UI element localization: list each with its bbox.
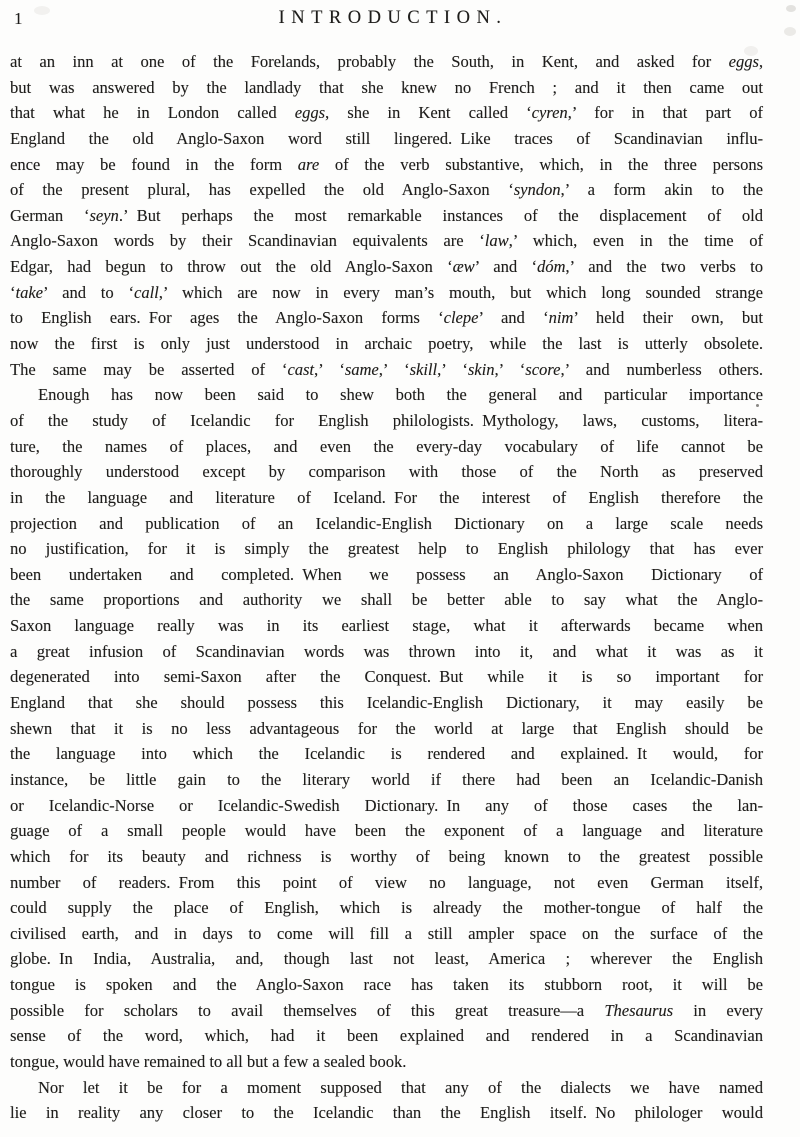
text-line: Nor let it be for a moment supposed that… [10,1075,763,1101]
text-line: German ‘seyn.’ But perhaps the most rema… [10,203,763,229]
text-line: of the present plural, has expelled the … [10,177,763,203]
text-segment: of the study of Icelandic for English ph… [10,411,763,430]
text-line: which for its beauty and richness is wor… [10,844,763,870]
text-segment: ,’ a form akin to the [561,180,763,199]
text-segment: at an inn at one of the Forelands, proba… [10,52,729,71]
text-segment: instance, be little gain to the literary… [10,770,763,789]
italic-term: dóm [537,257,565,276]
text-line: guage of a small people would have been … [10,818,763,844]
text-line: England the old Anglo-Saxon word still l… [10,126,763,152]
text-line: the language into which the Icelandic is… [10,741,763,767]
text-line: thoroughly understood except by comparis… [10,459,763,485]
text-segment: ’ held their own, but [573,308,763,327]
text-segment: Saxon language really was in its earlies… [10,616,763,635]
italic-term: skin [468,360,495,379]
italic-term: call [134,283,159,302]
body-text: at an inn at one of the Forelands, proba… [10,49,763,1126]
text-line: a great infusion of Scandinavian words w… [10,639,763,665]
italic-term: are [298,155,319,174]
text-segment: civilised earth, and in days to come wil… [10,924,763,943]
text-line: but was answered by the landlady that sh… [10,75,763,101]
text-segment: to English ears. For ages the Anglo-Saxo… [10,308,444,327]
text-segment: which for its beauty and richness is wor… [10,847,763,866]
text-segment: the language into which the Icelandic is… [10,744,763,763]
text-segment: ,’ ‘ [437,360,468,379]
text-segment: now the first is only just understood in… [10,334,763,353]
text-segment: ,’ ‘ [379,360,410,379]
text-line: number of readers. From this point of vi… [10,870,763,896]
italic-term: same [345,360,379,379]
italic-term: cast [287,360,314,379]
text-segment: ’ and to ‘ [43,283,134,302]
text-line: degenerated into semi-Saxon after the Co… [10,664,763,690]
book-page: 1 INTRODUCTION. at an inn at one of the … [0,0,800,1137]
page-header: 1 INTRODUCTION. [0,8,800,36]
text-line: Anglo-Saxon words by their Scandinavian … [10,228,763,254]
text-segment: that what he in London called [10,103,295,122]
text-segment: but was answered by the landlady that sh… [10,78,763,97]
text-segment: ,’ and numberless others. [560,360,763,379]
text-segment: Edgar, had begun to throw out the old An… [10,257,453,276]
text-segment: Nor let it be for a moment supposed that… [38,1078,763,1097]
text-line: shewn that it is no less advantageous fo… [10,716,763,742]
paragraph: Nor let it be for a moment supposed that… [10,1075,763,1126]
text-line: could supply the place of English, which… [10,895,763,921]
text-line: the same proportions and authority we sh… [10,587,763,613]
italic-term: law [485,231,509,250]
text-segment: in every [673,1001,763,1020]
text-line: Enough has now been said to shew both th… [10,382,763,408]
text-segment: ’ and ‘ [478,308,548,327]
text-line: now the first is only just understood in… [10,331,763,357]
text-segment: England the old Anglo-Saxon word still l… [10,129,763,148]
text-segment: guage of a small people would have been … [10,821,763,840]
italic-term: score [525,360,560,379]
text-segment: ’ and ‘ [475,257,537,276]
text-line: ture, the names of places, and even the … [10,434,763,460]
italic-term: eggs [295,103,325,122]
text-line: globe. In India, Australia, and, though … [10,946,763,972]
paragraph: Enough has now been said to shew both th… [10,382,763,1074]
text-segment: , she in Kent called ‘ [325,103,532,122]
text-line: lie in reality any closer to the Iceland… [10,1100,763,1126]
text-line: that what he in London called eggs, she … [10,100,763,126]
text-line: sense of the word, which, had it been ex… [10,1023,763,1049]
text-line: The same may be asserted of ‘cast,’ ‘sam… [10,357,763,383]
text-segment: ,’ ‘ [494,360,525,379]
italic-term: nim [549,308,574,327]
italic-term: æw [453,257,475,276]
text-segment: degenerated into semi-Saxon after the Co… [10,667,763,686]
italic-term: take [16,283,43,302]
page-title: INTRODUCTION. [0,8,800,29]
text-segment: England that she should possess this Ice… [10,693,763,712]
text-line: no justification, for it is simply the g… [10,536,763,562]
text-segment: ,’ and the two verbs to [565,257,763,276]
text-segment: The same may be asserted of ‘ [10,360,287,379]
text-line: Saxon language really was in its earlies… [10,613,763,639]
text-segment: Anglo-Saxon words by their Scandinavian … [10,231,485,250]
text-segment: ence may be found in the form [10,155,298,174]
page-number: 1 [14,9,23,29]
text-line: tongue, would have remained to all but a… [10,1049,763,1075]
text-segment: ,’ for in that part of [568,103,763,122]
text-segment: ,’ which are now in every man’s mouth, b… [159,283,763,302]
text-segment: thoroughly understood except by comparis… [10,462,763,481]
text-line: projection and publication of an Iceland… [10,511,763,537]
text-segment: shewn that it is no less advantageous fo… [10,719,763,738]
italic-term: seyn [89,206,118,225]
text-segment: projection and publication of an Iceland… [10,514,763,533]
italic-term: clepe [444,308,479,327]
text-segment: tongue, would have remained to all but a… [10,1052,406,1071]
text-segment: tongue is spoken and the Anglo-Saxon rac… [10,975,763,994]
text-segment: Enough has now been said to shew both th… [38,385,763,404]
italic-term: skill [410,360,438,379]
text-segment: lie in reality any closer to the Iceland… [10,1103,763,1122]
text-segment: of the present plural, has expelled the … [10,180,514,199]
text-segment: ,’ ‘ [314,360,345,379]
text-segment: of the verb substantive, which, in the t… [319,155,763,174]
text-segment: ,’ which, even in the time of [509,231,763,250]
text-line: Edgar, had begun to throw out the old An… [10,254,763,280]
text-segment: globe. In India, Australia, and, though … [10,949,763,968]
text-line: England that she should possess this Ice… [10,690,763,716]
text-line: possible for scholars to avail themselve… [10,998,763,1024]
text-segment: number of readers. From this point of vi… [10,873,763,892]
text-segment: the same proportions and authority we sh… [10,590,763,609]
italic-term: syndon [514,180,561,199]
text-line: at an inn at one of the Forelands, proba… [10,49,763,75]
italic-term: Thesaurus [604,1001,673,1020]
text-segment: could supply the place of English, which… [10,898,763,917]
text-segment: , [759,52,763,71]
text-line: ence may be found in the form are of the… [10,152,763,178]
text-line: instance, be little gain to the literary… [10,767,763,793]
text-line: of the study of Icelandic for English ph… [10,408,763,434]
text-segment: ture, the names of places, and even the … [10,437,763,456]
text-segment: German ‘ [10,206,89,225]
text-segment: possible for scholars to avail themselve… [10,1001,604,1020]
text-line: ‘take’ and to ‘call,’ which are now in e… [10,280,763,306]
text-segment: a great infusion of Scandinavian words w… [10,642,763,661]
italic-term: eggs [729,52,759,71]
text-segment: sense of the word, which, had it been ex… [10,1026,763,1045]
text-line: been undertaken and completed. When we p… [10,562,763,588]
italic-term: cyren [532,103,568,122]
text-segment: or Icelandic-Norse or Icelandic-Swedish … [10,796,763,815]
text-line: to English ears. For ages the Anglo-Saxo… [10,305,763,331]
paragraph: at an inn at one of the Forelands, proba… [10,49,763,382]
text-segment: in the language and literature of Icelan… [10,488,763,507]
text-segment: no justification, for it is simply the g… [10,539,763,558]
text-segment: .’ But perhaps the most remarkable insta… [119,206,763,225]
text-segment: been undertaken and completed. When we p… [10,565,763,584]
text-line: tongue is spoken and the Anglo-Saxon rac… [10,972,763,998]
text-line: in the language and literature of Icelan… [10,485,763,511]
text-line: or Icelandic-Norse or Icelandic-Swedish … [10,793,763,819]
text-line: civilised earth, and in days to come wil… [10,921,763,947]
